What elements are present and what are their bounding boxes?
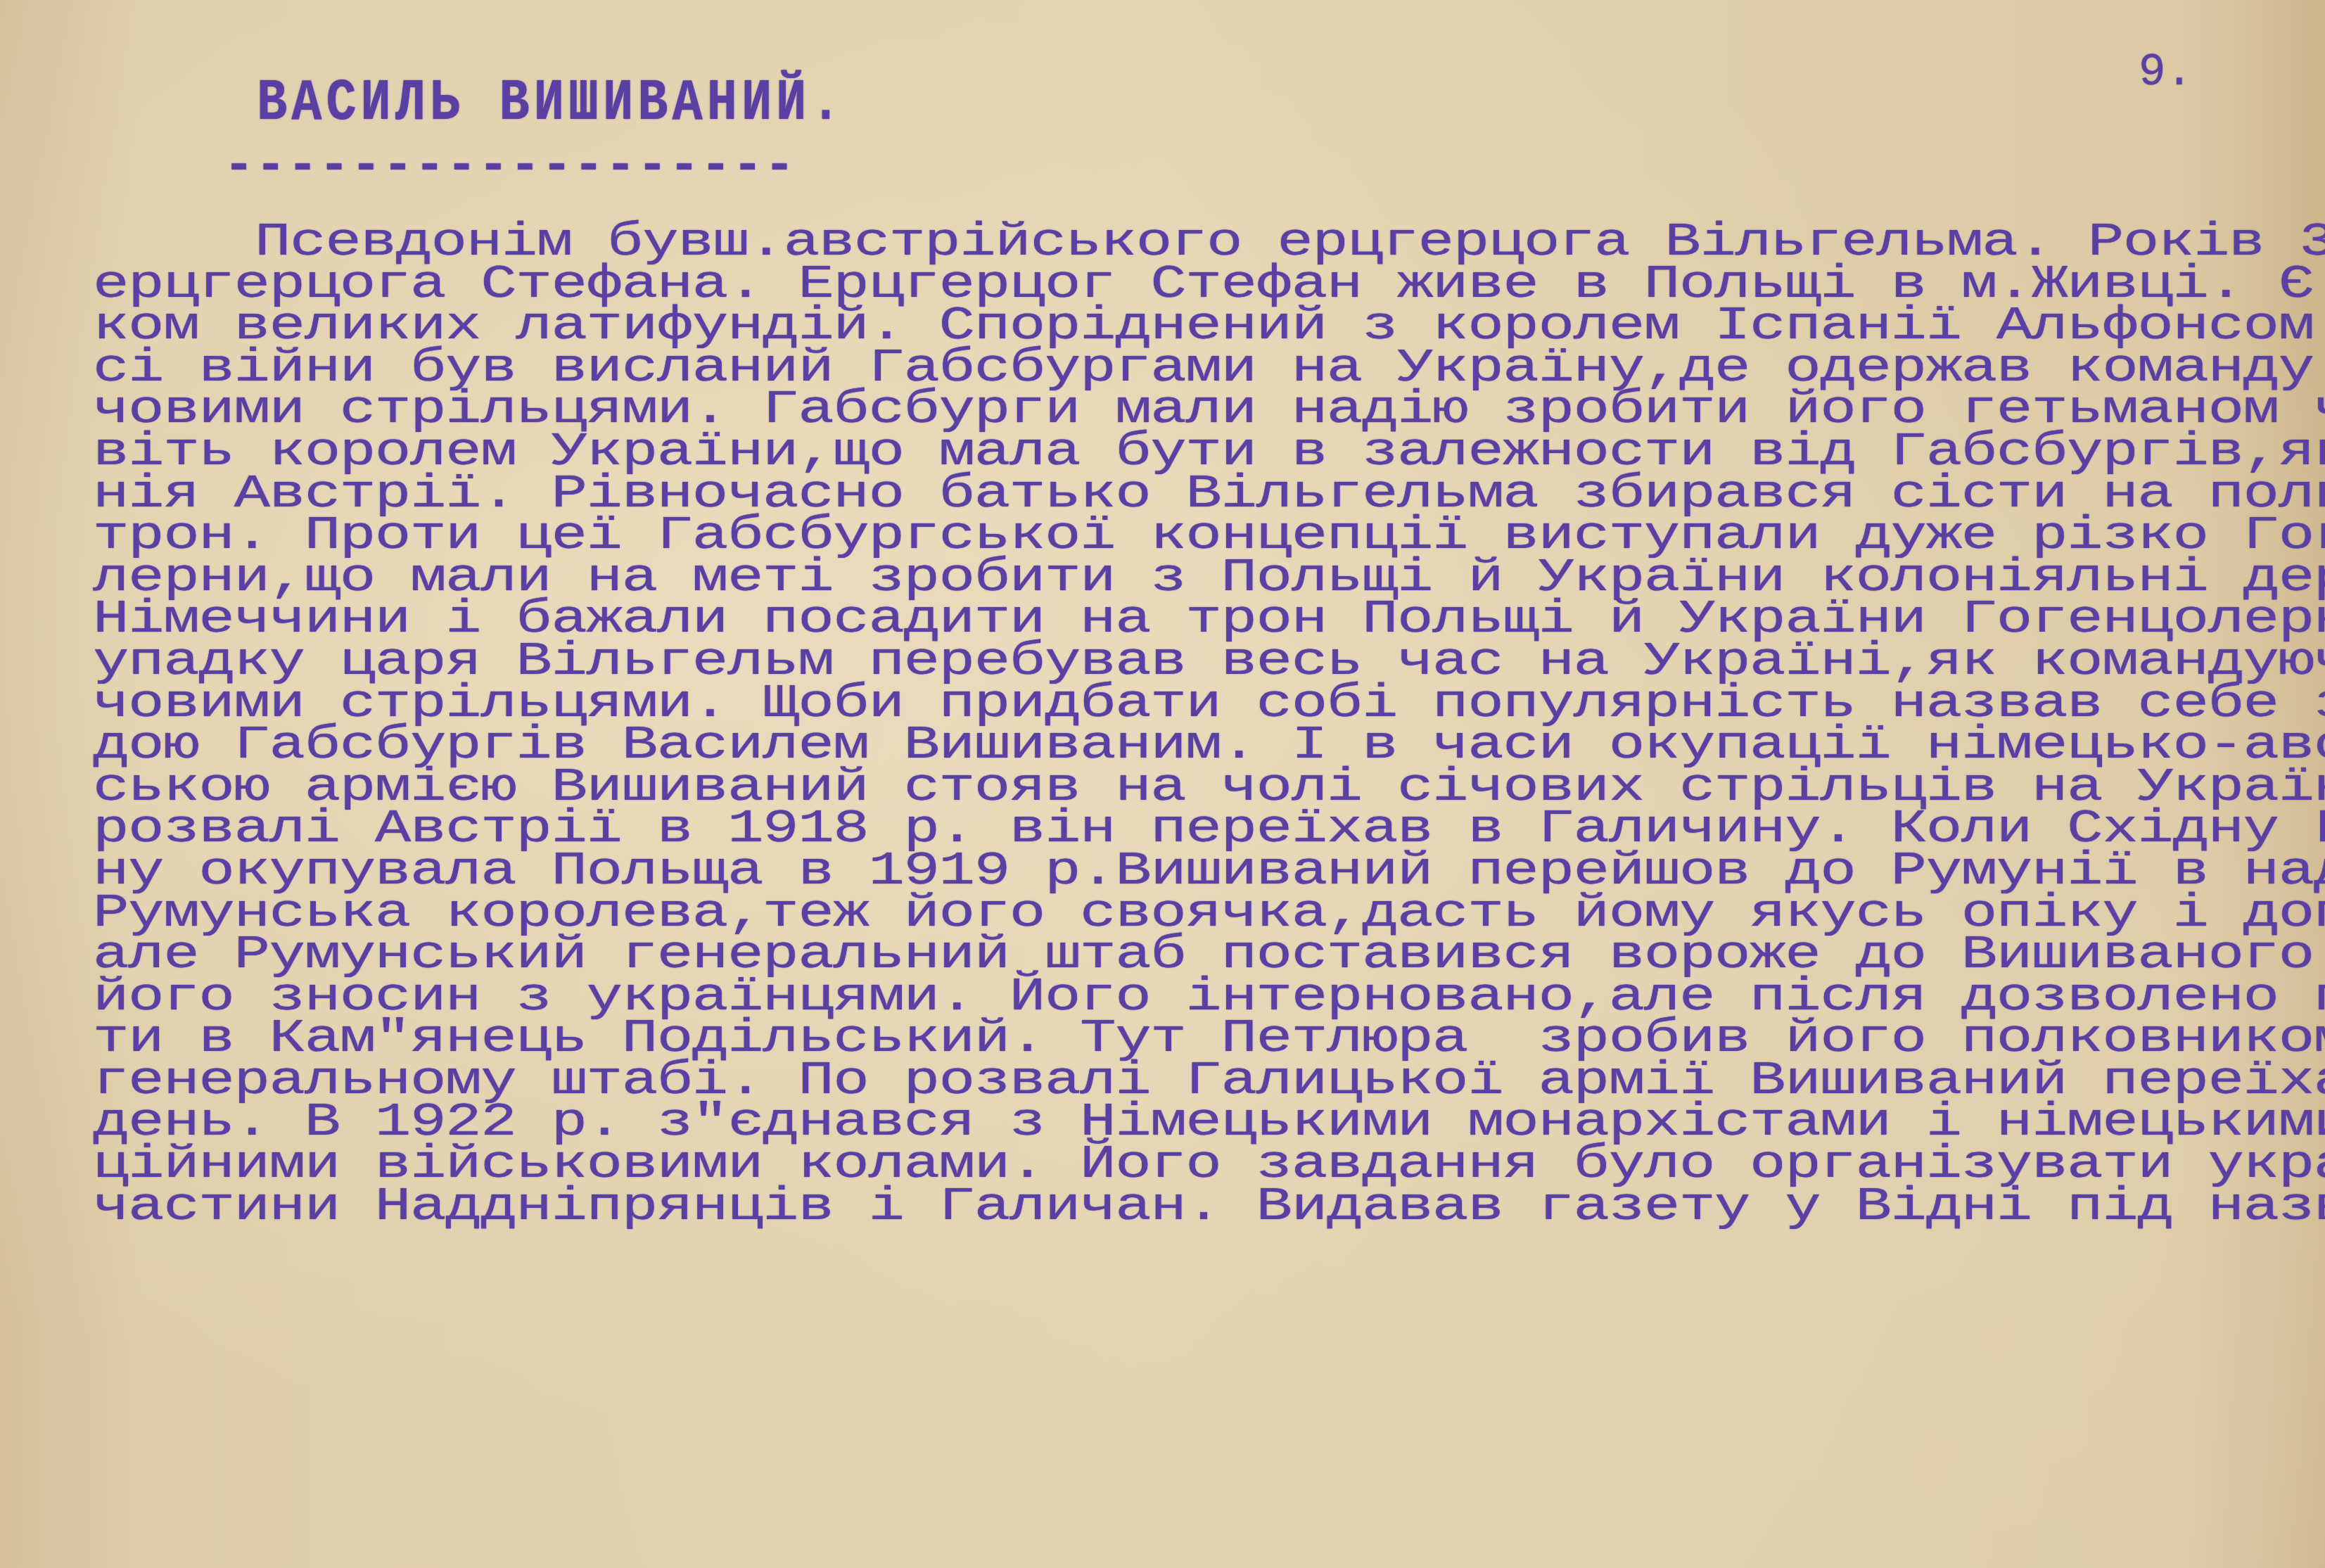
text-line: ком великих латифундій. Споріднений з ко…	[93, 310, 2316, 343]
text-line: його зносин з українцями. Його інтернова…	[93, 981, 2316, 1013]
text-line: віть королем України,що мала бути в зале…	[93, 436, 2316, 469]
body-text: Псевдонім бувш.австрійського ерцгерцога …	[93, 222, 2316, 1228]
text-line: лерни,що мали на меті зробити з Польщі й…	[93, 561, 2316, 594]
text-line: нія Австрії. Рівночасно батько Вільгельм…	[93, 478, 2316, 510]
text-line: човими стрільцями. Щоби придбати собі по…	[93, 687, 2316, 720]
text-line: човими стрільцями. Габсбурги мали надію …	[93, 394, 2316, 426]
text-line: ерцгерцога Стефана. Ерцгерцог Стефан жив…	[93, 268, 2316, 300]
text-line: ну окупувала Польща в 1919 р.Вишиваний п…	[93, 855, 2316, 887]
text-line: Псевдонім бувш.австрійського ерцгерцога …	[93, 227, 2316, 259]
text-line: генеральному штабі. По розвалі Галицької…	[93, 1064, 2316, 1097]
text-line: дою Габсбургів Василем Вишиваним. І в ча…	[93, 729, 2316, 762]
text-line: день. В 1922 р. з"єднався з Німецькими м…	[93, 1107, 2316, 1139]
text-line: але Румунський генеральний штаб поставив…	[93, 939, 2316, 971]
text-line: трон. Проти цеї Габсбургської концепції …	[93, 520, 2316, 552]
text-line: сі війни був висланий Габсбургами на Укр…	[93, 352, 2316, 384]
title-underline: ------------------	[224, 137, 796, 195]
document-title: ВАСИЛЬ ВИШИВАНИЙ.	[257, 70, 846, 136]
text-line: Німеччини і бажали посадити на трон Поль…	[93, 604, 2316, 636]
text-line: Румунська королева,теж його своячка,даст…	[93, 897, 2316, 929]
page-number: 9.	[2139, 48, 2193, 98]
text-line: частини Наддніпрянців і Галичан. Видавав…	[93, 1190, 2316, 1223]
typewritten-page: ВАСИЛЬ ВИШИВАНИЙ. ------------------ 9. …	[0, 0, 2325, 1568]
text-line: упадку царя Вільгельм перебував весь час…	[93, 645, 2316, 677]
text-line: розвалі Австрії в 1918 р. він переїхав в…	[93, 813, 2316, 846]
text-line: ційними військовими колами. Його завданн…	[93, 1149, 2316, 1181]
text-line: ською армією Вишиваний стояв на чолі січ…	[93, 771, 2316, 803]
text-line: ти в Кам"янець Подільський. Тут Петлюра …	[93, 1023, 2316, 1055]
